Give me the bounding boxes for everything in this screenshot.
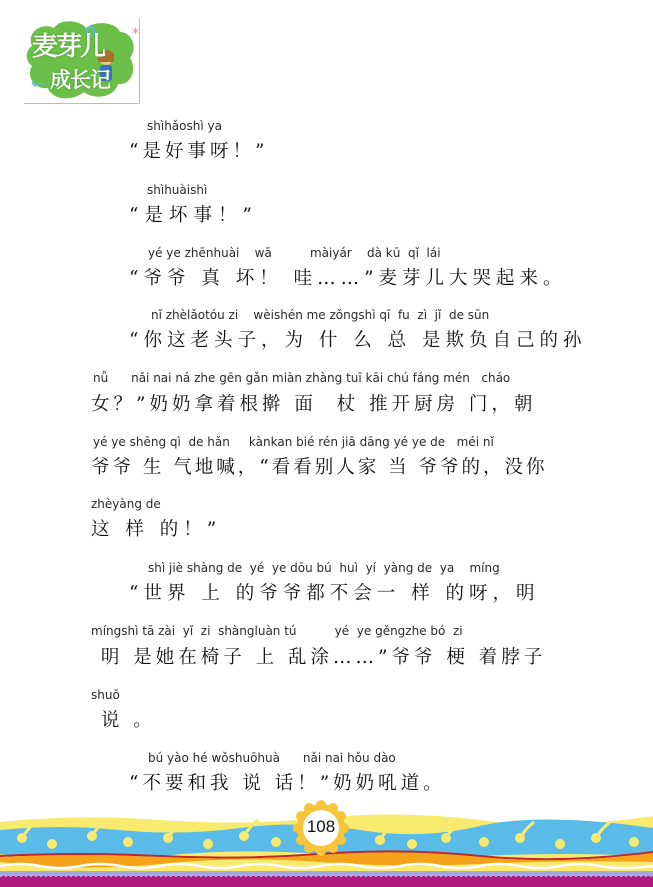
hanzi-line: 爷爷 生 气地喊，“看看别人家 当 爷爷的，没你 <box>91 453 547 479</box>
pinyin-line: yé ye zhēnhuài wā màiyár dà kū qǐ lái <box>148 246 441 260</box>
hanzi-line: “是好事呀！” <box>129 137 268 163</box>
svg-text:*: * <box>132 26 139 42</box>
hanzi-line: “世界 上 的爷爷都不会一 样 的呀，明 <box>129 579 539 605</box>
hanzi-line: “不要和我 说 话！”奶奶吼道。 <box>129 769 446 795</box>
pinyin-line: bú yào hé wǒshuōhuà nǎi nai hǒu dào <box>148 751 396 765</box>
hanzi-line: “是坏事！” <box>129 201 258 227</box>
pinyin-line: shuō <box>91 688 120 702</box>
logo-title-line2: 成长记 <box>50 64 110 94</box>
pinyin-line: yé ye shēng qì de hǎn kànkan bié rén jiā… <box>93 435 494 449</box>
book-series-logo: * 麦芽儿 成长记 <box>24 18 140 104</box>
hanzi-line: 这 样 的！” <box>91 515 221 541</box>
hanzi-line: “你这老头子，为 什 么 总 是欺负自己的孙 <box>129 326 586 352</box>
pinyin-line: zhèyàng de <box>91 497 161 511</box>
hanzi-line: 女？”奶奶拿着根擀 面 杖 推开厨房 门，朝 <box>91 390 536 416</box>
pinyin-line: nǐ zhèlǎotóu zi wèishén me zǒngshì qī fu… <box>151 308 489 322</box>
pinyin-line: shìhuàishì <box>147 183 207 197</box>
hanzi-line: “爷爷 真 坏！ 哇……”麦芽儿大哭起来。 <box>129 264 567 290</box>
hanzi-line: 说 。 <box>91 706 156 732</box>
hanzi-line: 明 是她在椅子 上 乱涂……”爷爷 梗 着脖子 <box>91 643 546 669</box>
pinyin-line: shìhǎoshì ya <box>147 119 222 133</box>
page-number-badge: 108 <box>290 800 352 856</box>
logo-title-line1: 麦芽儿 <box>32 26 104 63</box>
pinyin-line: nǚ nǎi nai ná zhe gēn gǎn miàn zhàng tuī… <box>93 371 510 385</box>
pinyin-line: míngshì tā zài yǐ zi shàngluàn tú yé ye … <box>91 624 463 638</box>
pinyin-line: shì jiè shàng de yé ye dōu bú huì yí yàn… <box>148 561 500 575</box>
page-number: 108 <box>290 817 352 837</box>
